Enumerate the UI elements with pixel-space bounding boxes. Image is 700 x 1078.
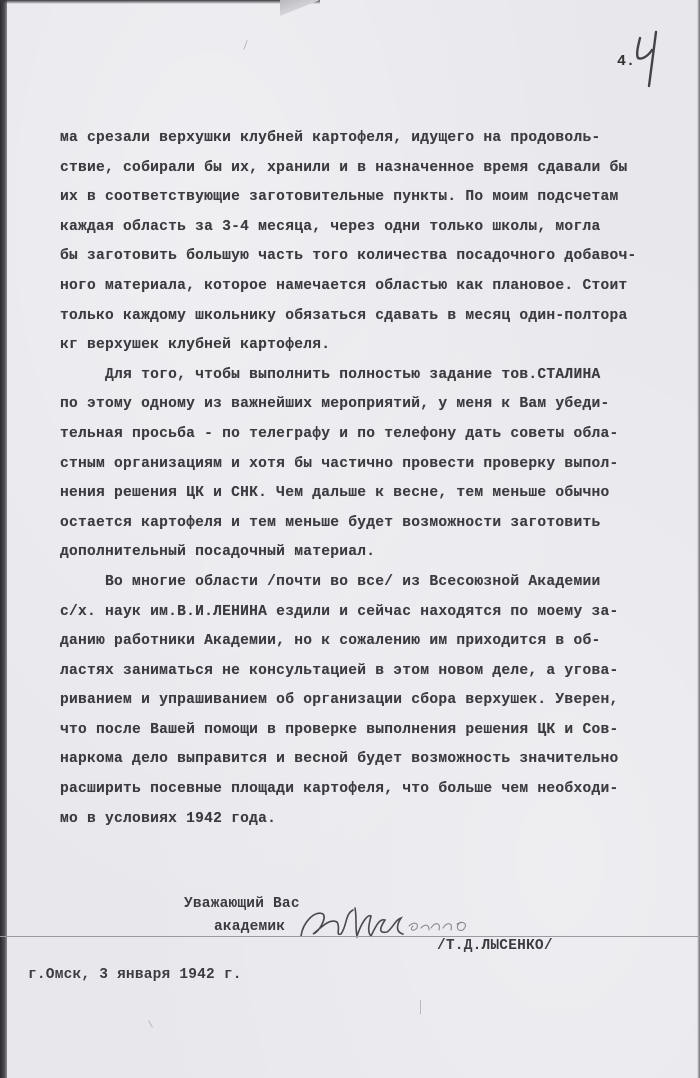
binding-top-shadow	[0, 0, 320, 4]
text-line: их в соответствующие заготовительные пун…	[60, 183, 700, 213]
text-line: дополнительный посадочный материал.	[60, 538, 700, 568]
text-line: Во многие области /почти во все/ из Всес…	[60, 568, 700, 598]
text-line: по этому одному из важнейших мероприятий…	[60, 390, 700, 420]
text-line: тельная просьба - по телеграфу и по теле…	[60, 420, 700, 450]
text-line: данию работники Академии, но к сожалению…	[60, 627, 700, 657]
paper-speck	[148, 1020, 153, 1027]
closing-respect: Уважающий Вас	[184, 896, 300, 912]
text-line: ного материала, которое намечается облас…	[60, 272, 700, 302]
folded-corner	[280, 0, 320, 16]
text-line: ластях заниматься не консультацией в это…	[60, 657, 700, 687]
text-line: мо в условиях 1942 года.	[60, 805, 700, 835]
text-line: что после Вашей помощи в проверке выполн…	[60, 716, 700, 746]
document-page: 4. ма срезали верхушки клубней картофеля…	[0, 0, 700, 1078]
paper-speck	[420, 1000, 421, 1014]
text-line: бы заготовить большую часть того количес…	[60, 242, 700, 272]
text-line: с/х. наук им.В.И.ЛЕНИНА ездили и сейчас …	[60, 598, 700, 628]
signer-name: /Т.Д.ЛЫСЕНКО/	[437, 938, 553, 954]
text-line: остается картофеля и тем меньше будет во…	[60, 509, 700, 539]
handwritten-page-number-icon	[634, 30, 662, 88]
binding-strip	[0, 0, 7, 1078]
letter-body: ма срезали верхушки клубней картофеля, и…	[60, 124, 700, 834]
text-line: каждая область за 3-4 месяца, через одни…	[60, 213, 700, 243]
text-line: стным организациям и хотя бы частично пр…	[60, 450, 700, 480]
text-line: Для того, чтобы выполнить полностью зада…	[60, 361, 700, 391]
horizontal-rule	[0, 936, 700, 937]
text-line: ма срезали верхушки клубней картофеля, и…	[60, 124, 700, 154]
text-line: только каждому школьнику обязаться сдава…	[60, 302, 700, 332]
signer-title: академик	[214, 919, 285, 935]
page-number-typed: 4.	[617, 53, 635, 70]
text-line: наркома дело выправится и весной будет в…	[60, 745, 700, 775]
text-line: ствие, собирали бы их, хранили и в назна…	[60, 154, 700, 184]
paper-speck	[243, 40, 247, 50]
text-line: расширить посевные площади картофеля, чт…	[60, 775, 700, 805]
text-line: кг верхушек клубней картофеля.	[60, 331, 700, 361]
text-line: нения решения ЦК и СНК. Чем дальше к вес…	[60, 479, 700, 509]
text-line: риванием и упрашиванием об организации с…	[60, 686, 700, 716]
place-and-date: г.Омск, 3 января 1942 г.	[28, 967, 242, 983]
